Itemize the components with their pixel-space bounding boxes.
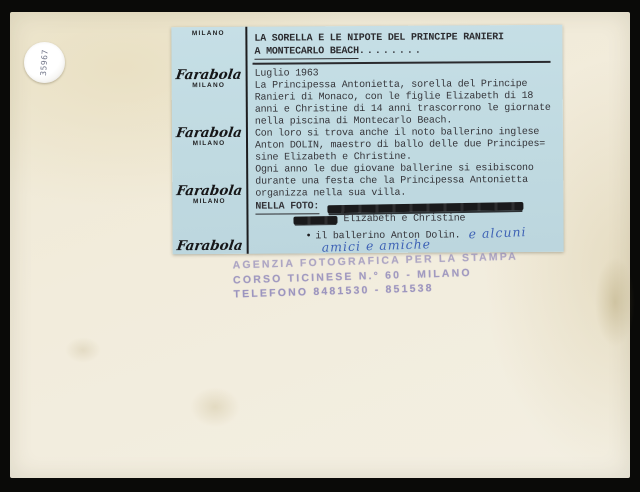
farabola-logo: Farabola [171,127,247,140]
bullet-icon: • [306,231,312,242]
title-trailing-dots: ........ [359,46,423,57]
caption-body-line: anni e Christine di 14 anni trascorrono … [255,103,551,117]
nella-foto-row: Elizabeth e Christine [293,213,465,225]
farabola-stamp: Farabola MILANO [172,185,246,205]
stamp-city-label: MILANO [171,30,245,37]
farabola-logo: Farabola [171,69,247,82]
nella-foto-row: NELLA FOTO: [255,200,523,215]
caption-title-line2: A MONTECARLO BEACH........ [254,46,423,58]
agency-ink-stamp: AGENZIA FOTOGRAFICA PER LA STAMPA CORSO … [232,250,519,302]
caption-body-line: Anton DOLIN, maestro di ballo delle due … [255,139,551,153]
label-divider-line [245,27,248,254]
caption-title-underlined: A MONTECARLO BEACH [254,46,358,60]
caption-date: Luglio 1963 [255,68,319,79]
caption-label: MILANO Farabola MILANO Farabola MILANO F… [171,25,563,254]
nella-foto-label: NELLA FOTO: [255,201,319,214]
farabola-stamp: Farabola MILANO [172,69,246,89]
caption-body-line: durante una festa che la Principessa Ant… [255,175,551,189]
age-stain [595,257,635,347]
caption-body: La Principessa Antonietta, sorella del P… [255,79,552,201]
age-stain [65,337,101,363]
redacted-text-bar [293,215,337,224]
caption-title-line1: LA SORELLA E LE NIPOTE DEL PRINCIPE RANI… [254,32,504,45]
farabola-stamp: Farabola MILANO [172,127,246,147]
archive-number-sticker: 35967 [24,42,65,83]
caption-text-area: LA SORELLA E LE NIPOTE DEL PRINCIPE RANI… [252,25,558,254]
nella-foto-names: Elizabeth e Christine [343,213,465,225]
stamp-column: MILANO Farabola MILANO Farabola MILANO F… [171,27,246,254]
archive-number: 35967 [39,49,50,76]
redacted-text-bar [327,202,523,213]
farabola-stamp-partial-bottom: Farabola [173,240,247,253]
farabola-stamp-partial-top: MILANO [171,30,245,37]
caption-body-line: organizza nella sua villa. [255,187,551,201]
farabola-logo: Farabola [172,240,248,253]
title-separator-rule [253,61,551,64]
handwritten-note: e alcuni [468,224,526,241]
age-stain [190,387,240,427]
farabola-logo: Farabola [171,185,247,198]
